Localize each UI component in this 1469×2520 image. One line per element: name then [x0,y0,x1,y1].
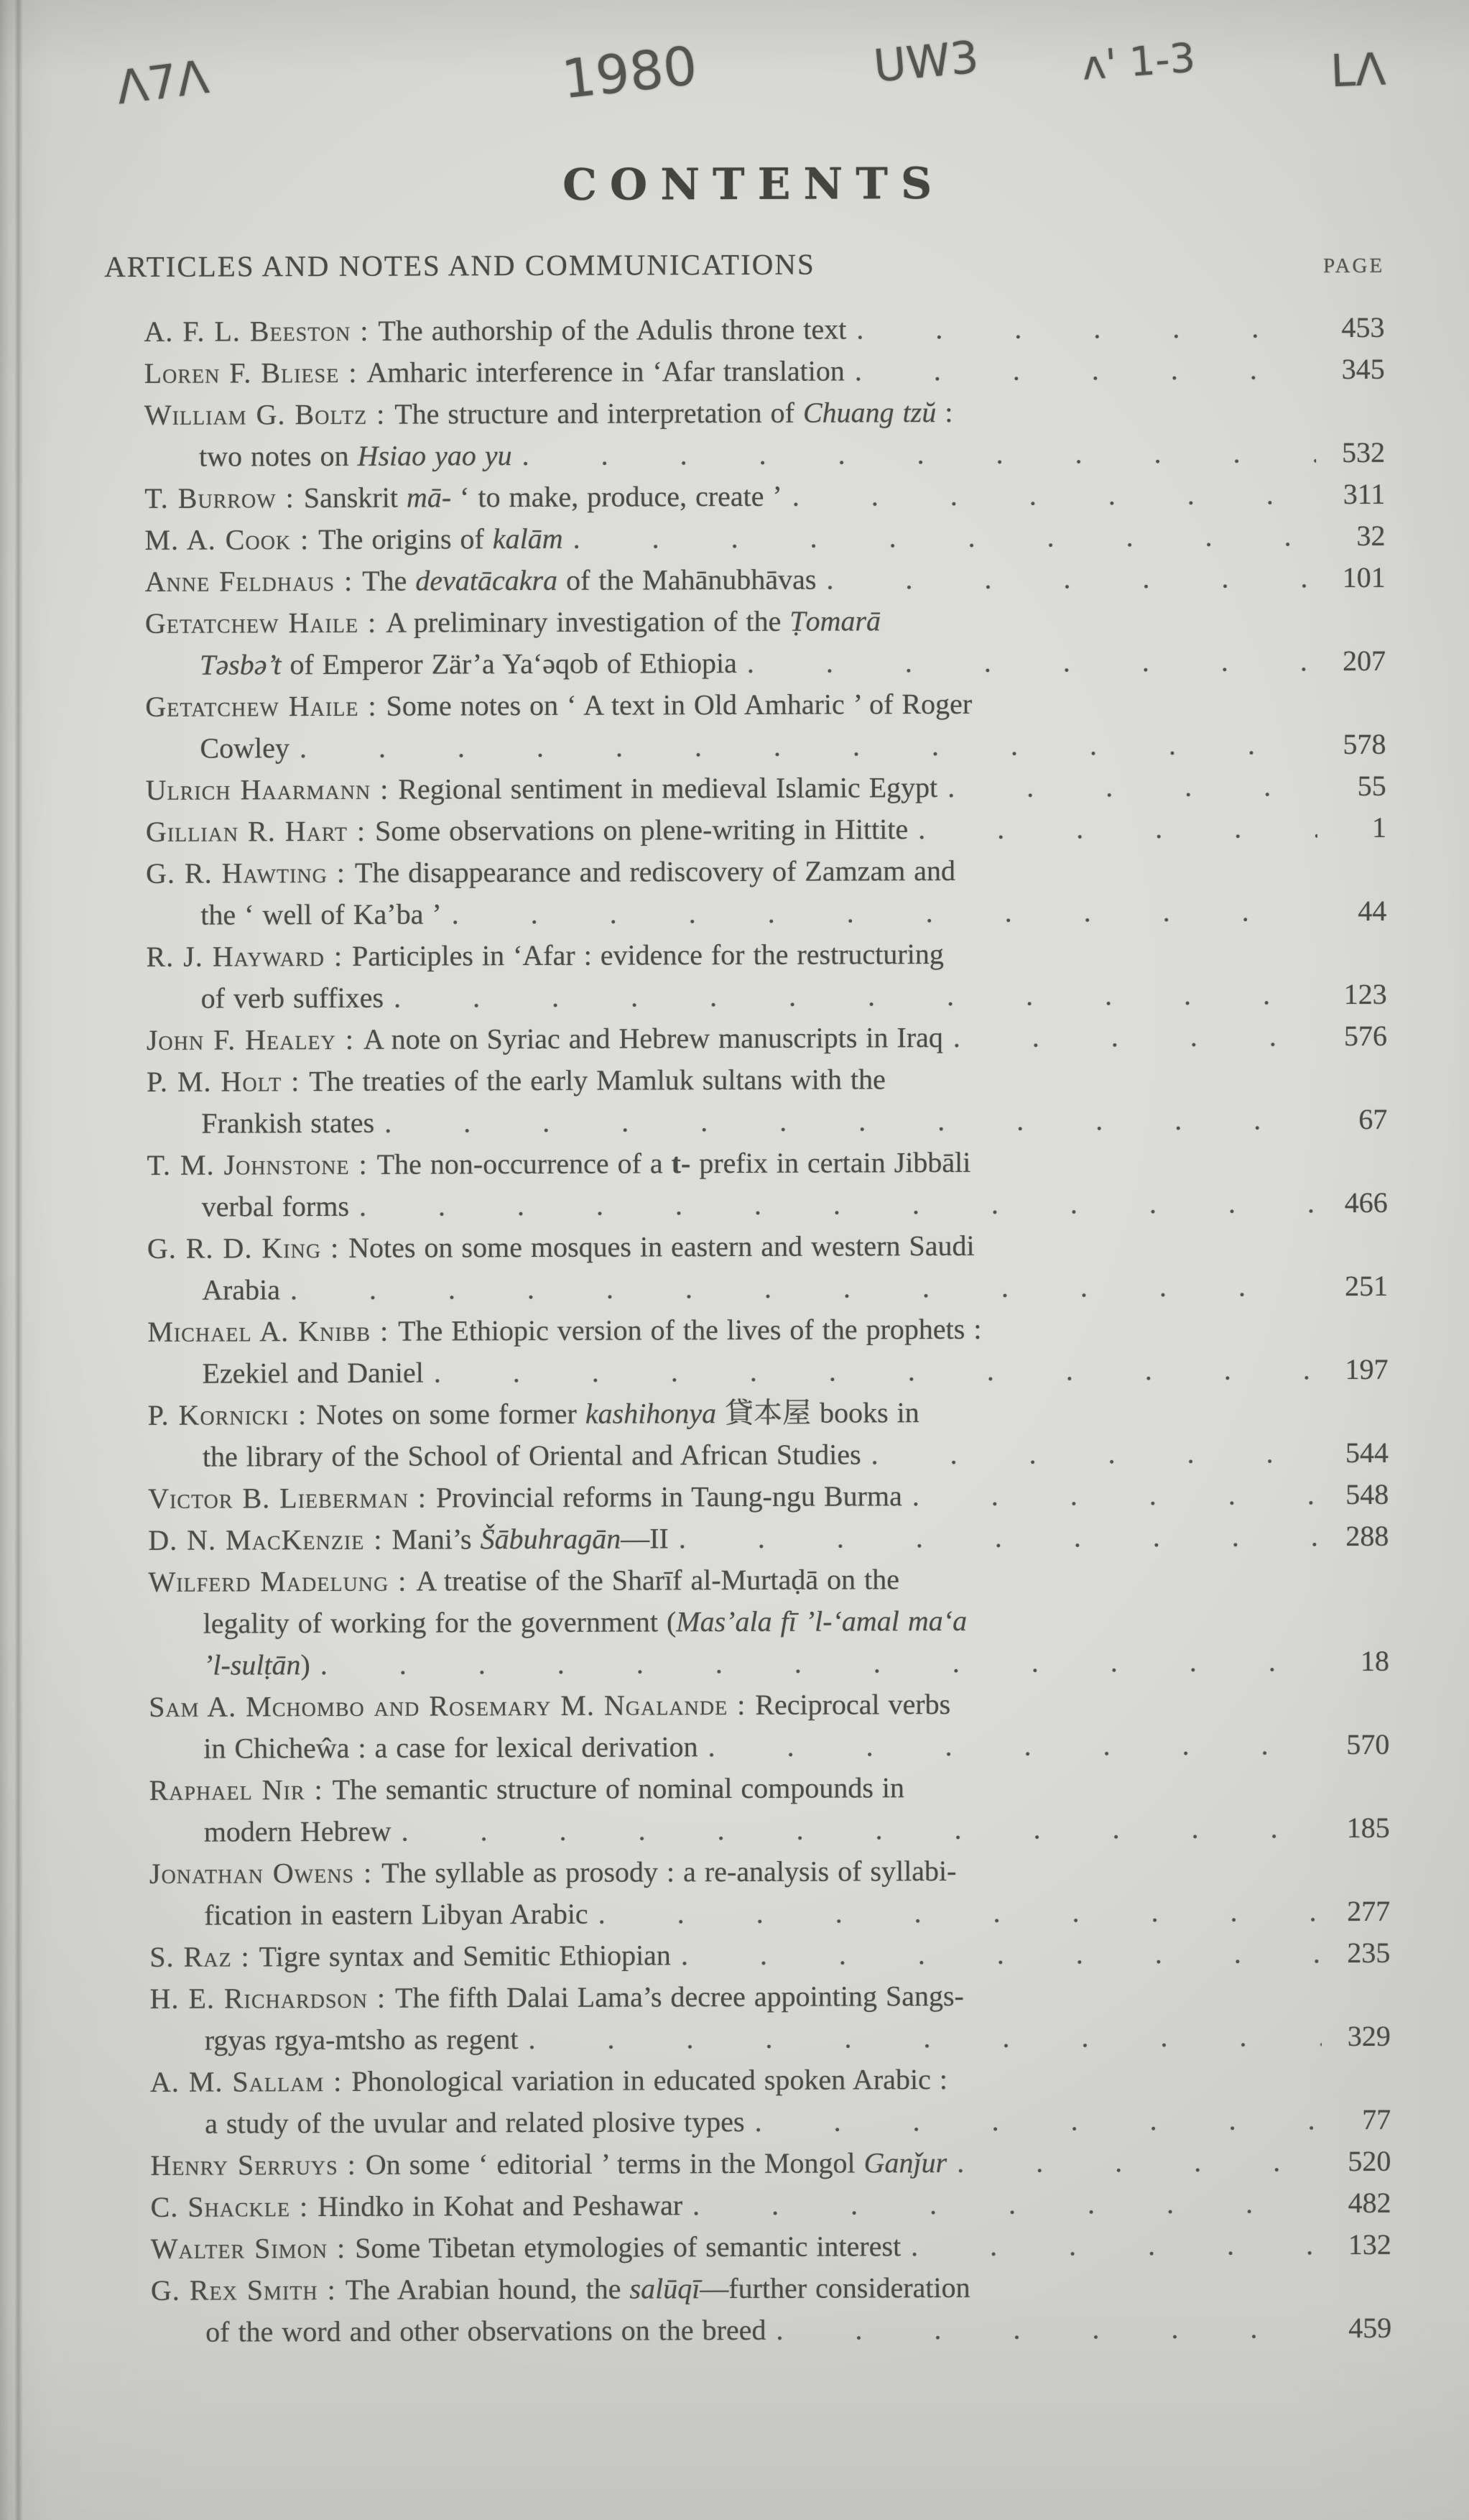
author-title-separator: : [277,477,304,519]
toc-entry-line: P. Kornicki : Notes on some former kashi… [148,1390,1389,1436]
author-title-separator: : [348,811,375,852]
title-text: legality of working for the government ( [203,1601,677,1644]
handwritten-mark: UW3 [871,31,981,93]
title-text: Ezekiel and Daniel [202,1352,423,1395]
title-text: The origins of [318,518,493,560]
toc-entry-line: Getatchew Haile : A preliminary investig… [145,599,1386,645]
entry-author: P. Kornicki [148,1394,289,1436]
toc-entry-line: G. R. Hawting : The disappearance and re… [146,849,1386,895]
dot-leader [845,349,1316,392]
toc-entry-line: Michael A. Knibb : The Ethiopic version … [147,1307,1388,1353]
entry-author: Anne Feldhaus [145,560,335,603]
entry-author: S. Raz [149,1936,231,1977]
title-text: devatācakra [415,560,557,602]
title-text: verbal forms [202,1186,349,1228]
page-column-label: PAGE [1323,254,1384,278]
author-title-separator: : [290,2186,318,2228]
page-content: Λ7Λ1980UW3ʌ' 1-3LΛ CONTENTS ARTICLES AND… [0,0,1469,2520]
title-text: rgyas rgya-mtsho as regent [205,2018,519,2062]
toc-entry: T. M. Johnstone : The non-occurrence of … [147,1140,1387,1228]
toc-entry-line: Anne Feldhaus : The devatācakra of the M… [145,557,1386,603]
toc-entry-line: two notes on Hsiao yao yu532 [144,432,1385,478]
dot-leader [943,1015,1318,1058]
entry-page-number: 345 [1316,349,1385,390]
toc-entry: John F. Healey : A note on Syriac and He… [147,1015,1387,1061]
entry-author: Victor B. Lieberman [148,1477,409,1520]
author-title-separator: : [728,1684,755,1726]
title-text: in Chicheŵa : a case for lexical derivat… [203,1726,698,1769]
entry-author: Ulrich Haarmann [146,769,371,811]
dot-leader [280,1265,1319,1311]
toc-entry: Michael A. Knibb : The Ethiopic version … [147,1307,1388,1395]
entry-page-number: 548 [1320,1474,1389,1515]
title-text: ’l-sulṭān [203,1644,301,1686]
entry-page-number: 77 [1322,2099,1391,2141]
author-title-separator: : [289,1394,316,1436]
dot-leader [588,1891,1322,1935]
dot-leader [518,2016,1322,2060]
entry-page-number: 132 [1322,2224,1391,2266]
author-title-separator: : [351,310,378,352]
entry-page-number: 207 [1317,640,1386,682]
toc-entry-line: Loren F. Bliese : Amharic interference i… [144,349,1385,394]
entry-page-number: 288 [1320,1515,1389,1557]
title-text: kashihonya [585,1393,716,1435]
toc-entry-line: the ‘ well of Ka’ba ’44 [146,890,1386,936]
title-text: The fifth Dalai Lama’s decree appointing… [395,1975,964,2019]
entry-page-number: 101 [1317,557,1386,599]
entry-author: Jonathan Owens [149,1852,354,1895]
toc-entry: Getatchew Haile : Some notes on ‘ A text… [145,682,1386,770]
scanned-page-background: Λ7Λ1980UW3ʌ' 1-3LΛ CONTENTS ARTICLES AND… [0,0,1469,2520]
title-text: The Ethiopic version of the lives of the… [398,1309,981,1352]
dot-leader [698,1724,1320,1768]
title-text: Some observations on plene-writing in Hi… [375,808,908,852]
toc-entry: Ulrich Haarmann : Regional sentiment in … [146,765,1386,811]
entry-author: Sam A. Mchombo and Rosemary M. Ngalande [149,1684,728,1728]
toc-entry-line: of verb suffixes123 [147,974,1387,1020]
title-text: Phonological variation in educated spoke… [351,2059,947,2103]
toc-entry-line: T. M. Johnstone : The non-occurrence of … [147,1140,1387,1186]
dot-leader [782,474,1317,517]
title-text: Arabia [202,1269,280,1311]
title-text: Mas’ala fī ’l-‘amal ma‘a [676,1600,967,1643]
toc-entry-line: verbal forms466 [147,1182,1388,1228]
toc-entry: Victor B. Lieberman : Provincial reforms… [148,1474,1389,1520]
entry-page-number: 311 [1316,474,1385,515]
toc-entry: G. R. D. King : Notes on some mosques in… [147,1224,1388,1311]
dot-leader [901,2224,1322,2267]
title-text: The treaties of the early Mamluk sultans… [309,1058,886,1102]
title-text: modern Hebrew [204,1811,391,1853]
author-title-separator: : [368,1977,395,2019]
title-text: The non-occurrence of a [377,1143,672,1185]
entry-author: Getatchew Haile [145,602,358,645]
dot-leader [669,1515,1320,1559]
entry-page-number: 44 [1317,890,1386,932]
toc-entry-line: William G. Boltz : The structure and int… [144,390,1385,436]
title-text: The disappearance and rediscovery of Zam… [355,850,955,894]
toc-entry-line: A. M. Sallam : Phonological variation in… [150,2057,1391,2103]
entry-author: T. Burrow [144,477,277,520]
toc-entry-line: Wilferd Madelung : A treatise of the Sha… [148,1557,1389,1603]
toc-entry: Wilferd Madelung : A treatise of the Sha… [148,1557,1389,1686]
title-text: the ‘ well of Ka’ba ’ [200,893,442,936]
title-text: of the Mahānubhāvas [557,559,817,601]
toc-entry-line: Ulrich Haarmann : Regional sentiment in … [146,765,1386,811]
toc-entry-line: Gillian R. Hart : Some observations on p… [146,807,1386,853]
title-text: Cowley [200,727,289,769]
dot-leader [349,1182,1319,1227]
title-text: Tigre syntax and Semitic Ethiopian [259,1934,671,1977]
toc-entry-line: Frankish states67 [147,1099,1387,1145]
toc-entry: M. A. Cook : The origins of kalām32 [144,515,1385,561]
entry-page-number: 532 [1316,432,1385,474]
dot-leader [384,974,1318,1019]
entry-page-number: 329 [1322,2016,1391,2057]
toc-entry-line: Victor B. Lieberman : Provincial reforms… [148,1474,1389,1520]
entry-page-number: 32 [1316,515,1385,557]
title-text: A preliminary investigation of the [386,601,789,644]
entry-author: William G. Boltz [144,394,367,436]
toc-entry-line: T. Burrow : Sanskrit mā- ‘ to make, prod… [144,474,1385,520]
toc-entry: A. F. L. Beeston : The authorship of the… [144,307,1384,353]
author-title-separator: : [371,1311,398,1352]
title-text: The authorship of the Adulis throne text [378,308,846,351]
toc-entry: G. R. Hawting : The disappearance and re… [146,849,1386,936]
toc-entry: Gillian R. Hart : Some observations on p… [146,807,1386,853]
title-text: The semantic structure of nominal compou… [333,1767,904,1811]
dot-leader [512,432,1317,476]
entry-author: Gillian R. Hart [146,811,348,853]
handwritten-mark: ʌ' 1-3 [1080,34,1197,89]
entry-author: Getatchew Haile [145,686,358,728]
title-text: ) [300,1644,310,1686]
title-text: fication in eastern Libyan Arabic [204,1893,588,1937]
title-text: ‘ to make, produce, create ’ [451,476,782,519]
author-title-separator: : [336,1019,363,1061]
dot-leader [442,890,1318,935]
toc-entry-line: the library of the School of Oriental an… [148,1432,1389,1478]
dot-leader [937,765,1317,808]
entry-author: P. M. Holt [147,1061,282,1103]
title-text: of the word and other observations on th… [205,2309,766,2353]
dot-leader [563,515,1317,560]
handwritten-mark: LΛ [1330,43,1387,98]
toc-entry: R. J. Hayward : Participles in ‘Afar : e… [146,932,1386,1020]
title-text: Ganǰur [864,2142,947,2184]
title-text: Notes on some former [316,1393,585,1436]
entry-author: Raphael Nir [149,1769,305,1811]
author-title-separator: : [291,519,318,560]
author-title-separator: : [325,936,352,977]
toc-entry-line: Jonathan Owens : The syllable as prosody… [149,1849,1390,1895]
title-text: A note on Syriac and Hebrew manuscripts … [363,1017,943,1061]
toc-entry: P. Kornicki : Notes on some former kashi… [148,1390,1389,1478]
author-title-separator: : [338,2144,366,2186]
entry-page-number: 459 [1322,2307,1391,2349]
title-text: Hindko in Kohat and Peshawar [318,2184,682,2228]
title-text: Sanskrit [304,477,407,519]
toc-entry-line: a study of the uvular and related plosiv… [150,2099,1391,2145]
entry-author: Wilferd Madelung [148,1561,389,1603]
title-text: Participles in ‘Afar : evidence for the … [352,933,944,977]
dot-leader [682,2182,1322,2226]
toc-entry-line: P. M. Holt : The treaties of the early M… [147,1057,1387,1103]
toc-entry: Getatchew Haile : A preliminary investig… [145,599,1386,686]
title-text: : [936,392,953,433]
toc-entry-line: H. E. Richardson : The fifth Dalai Lama’… [149,1974,1390,2020]
entry-author: G. Rex Smith [151,2269,318,2312]
title-text: 貸本屋 books in [716,1392,919,1434]
dot-leader [902,1474,1320,1517]
entry-author: T. M. Johnstone [147,1144,349,1186]
handwritten-mark: Λ7Λ [113,51,212,115]
dot-leader [766,2307,1322,2351]
title-text: —further consideration [700,2267,970,2309]
author-title-separator: : [354,1852,381,1894]
author-title-separator: : [367,394,394,435]
toc-entry: D. N. MacKenzie : Mani’s Šābuhragān—II28… [148,1515,1389,1561]
toc-entry-line: S. Raz : Tigre syntax and Semitic Ethiop… [149,1932,1390,1978]
dot-leader [744,2099,1322,2143]
toc-entry-line: legality of working for the government (… [149,1599,1389,1645]
toc-entry-line: Getatchew Haile : Some notes on ‘ A text… [145,682,1386,728]
toc-entry-line: fication in eastern Libyan Arabic277 [149,1891,1390,1937]
toc-entry-line: M. A. Cook : The origins of kalām32 [144,515,1385,561]
toc-entry: H. E. Richardson : The fifth Dalai Lama’… [149,1974,1390,2062]
author-title-separator: : [318,2269,346,2311]
toc-entry-line: D. N. MacKenzie : Mani’s Šābuhragān—II28… [148,1515,1389,1561]
title-text: of Emperor Zär’a Ya‘əqob of Ethiopia [281,642,737,686]
toc-entry-line: rgyas rgya-mtsho as regent329 [150,2016,1391,2062]
author-title-separator: : [282,1061,309,1102]
author-title-separator: : [321,1227,348,1269]
toc-entry-line: Cowley578 [145,724,1386,770]
title-text: salūqī [629,2268,700,2309]
entry-author: M. A. Cook [144,519,291,561]
toc-entry-line: ’l-sulṭān)18 [149,1640,1389,1686]
entry-author: A. M. Sallam [150,2061,324,2103]
title-text: Frankish states [201,1102,374,1145]
toc-entry-line: Ezekiel and Daniel197 [147,1349,1388,1395]
entry-page-number: 277 [1321,1891,1390,1932]
entry-author: G. R. D. King [147,1227,321,1270]
title-text: Ṭomarā [789,600,881,642]
toc-entry-line: R. J. Hayward : Participles in ‘Afar : e… [146,932,1386,978]
entry-page-number: 197 [1319,1349,1388,1390]
author-title-separator: : [389,1561,416,1602]
contents-title: CONTENTS [19,157,1469,212]
title-text: The syllable as prosody : a re-analysis … [381,1850,956,1894]
entry-page-number: 570 [1320,1724,1389,1766]
dot-leader [947,2141,1322,2184]
toc-entry: William G. Boltz : The structure and int… [144,390,1385,478]
toc-entry: Henry Serruys : On some ‘ editorial ’ te… [150,2141,1391,2187]
title-text: Provincial reforms in Taung-ngu Burma [436,1475,902,1518]
articles-heading: ARTICLES AND NOTES AND COMMUNICATIONS [104,247,815,284]
entry-page-number: 453 [1315,307,1384,349]
author-title-separator: : [409,1477,436,1518]
toc-entry-line: modern Hebrew185 [149,1807,1390,1853]
title-text: Hsiao yao yu [357,435,511,477]
toc-entry: T. Burrow : Sanskrit mā- ‘ to make, prod… [144,474,1385,520]
toc-entry: S. Raz : Tigre syntax and Semitic Ethiop… [149,1932,1390,1978]
toc-entry-line: Arabia251 [147,1265,1388,1311]
title-text: mā- [407,476,451,518]
dot-leader [424,1349,1320,1393]
author-title-separator: : [358,686,386,727]
dot-leader [816,557,1316,600]
entry-page-number: 578 [1317,724,1386,765]
toc-entries: A. F. L. Beeston : The authorship of the… [144,307,1391,2353]
dot-leader [861,1432,1320,1475]
toc-entry-line: John F. Healey : A note on Syriac and He… [147,1015,1387,1061]
entry-page-number: 55 [1317,765,1386,807]
entry-page-number: 235 [1321,1932,1390,1974]
title-text: two notes on [199,435,358,478]
title-text: the library of the School of Oriental an… [203,1434,861,1477]
entry-author: Loren F. Bliese [144,352,340,394]
title-text: Regional sentiment in medieval Islamic E… [398,767,937,811]
toc-entry-line: Henry Serruys : On some ‘ editorial ’ te… [150,2141,1391,2187]
toc-entry-line: Sam A. Mchombo and Rosemary M. Ngalande … [149,1682,1389,1728]
author-title-separator: : [371,769,398,811]
entry-page-number: 123 [1318,974,1387,1015]
title-text: —II [621,1518,669,1559]
dot-leader [391,1807,1320,1852]
author-title-separator: : [328,2228,355,2269]
toc-entry: Anne Feldhaus : The devatācakra of the M… [145,557,1386,603]
title-text: The structure and interpretation of [394,392,803,435]
author-title-separator: : [349,1144,376,1186]
title-text: Notes on some mosques in eastern and wes… [348,1225,975,1269]
title-text: A treatise of the Sharīf al-Murtaḍā on t… [416,1559,899,1602]
title-text: of verb suffixes [201,977,384,1020]
toc-entry-line: Walter Simon : Some Tibetan etymologies … [151,2224,1391,2270]
author-title-separator: : [335,560,362,602]
entry-page-number: 67 [1318,1099,1387,1140]
toc-entry: A. M. Sallam : Phonological variation in… [150,2057,1391,2145]
title-text: On some ‘ editorial ’ terms in the Mongo… [366,2142,864,2185]
dot-leader [846,307,1315,350]
entry-author: H. E. Richardson [149,1977,368,2020]
entry-author: Walter Simon [151,2228,328,2270]
title-text: prefix in certain Jibbāli [690,1142,970,1184]
toc-entry-line: G. Rex Smith : The Arabian hound, the sa… [151,2266,1391,2312]
title-text: Amharic interference in ‘Afar translatio… [366,350,845,393]
toc-entry-line: Raphael Nir : The semantic structure of … [149,1766,1389,1811]
toc-entry: P. M. Holt : The treaties of the early M… [147,1057,1387,1145]
dot-leader [374,1099,1318,1144]
toc-entry-line: of the word and other observations on th… [151,2307,1391,2353]
title-text: Təsbə’t [200,644,282,686]
entry-author: C. Shackle [150,2186,290,2228]
entry-page-number: 544 [1320,1432,1389,1474]
entry-author: Henry Serruys [150,2144,338,2187]
entry-page-number: 18 [1320,1640,1389,1682]
title-text: kalām [493,518,563,560]
entry-page-number: 576 [1318,1015,1387,1057]
toc-entry-line: C. Shackle : Hindko in Kohat and Peshawa… [150,2182,1391,2228]
dot-leader [737,640,1317,684]
dot-leader [310,1640,1320,1686]
toc-entry: Raphael Nir : The semantic structure of … [149,1766,1389,1853]
entry-page-number: 520 [1322,2141,1391,2182]
dot-leader [671,1932,1322,1976]
toc-entry-line: G. R. D. King : Notes on some mosques in… [147,1224,1388,1270]
author-title-separator: : [364,1519,391,1561]
toc-entry: Walter Simon : Some Tibetan etymologies … [151,2224,1391,2270]
title-text: Some notes on ‘ A text in Old Amharic ’ … [386,683,972,727]
title-text: Reciprocal verbs [755,1684,950,1726]
entry-author: Michael A. Knibb [147,1311,371,1353]
author-title-separator: : [328,852,355,894]
toc-entry-line: Təsbə’t of Emperor Zär’a Ya‘əqob of Ethi… [145,640,1386,686]
author-title-separator: : [339,352,366,394]
toc-entry: G. Rex Smith : The Arabian hound, the sa… [151,2266,1391,2353]
toc-entry-line: in Chicheŵa : a case for lexical derivat… [149,1724,1389,1770]
author-title-separator: : [358,602,386,644]
toc-entry: Loren F. Bliese : Amharic interference i… [144,349,1385,394]
title-text: Mani’s [391,1518,480,1560]
entry-page-number: 482 [1322,2182,1391,2224]
section-header: ARTICLES AND NOTES AND COMMUNICATIONS PA… [104,245,1384,284]
toc-entry-line: A. F. L. Beeston : The authorship of the… [144,307,1384,353]
title-text: a study of the uvular and related plosiv… [205,2101,745,2145]
title-text: The Arabian hound, the [346,2269,630,2311]
toc-entry: Jonathan Owens : The syllable as prosody… [149,1849,1390,1937]
author-title-separator: : [232,1936,259,1977]
entry-page-number: 185 [1321,1807,1390,1849]
title-text: t- [672,1143,691,1184]
toc-entry: C. Shackle : Hindko in Kohat and Peshawa… [150,2182,1391,2228]
title-text: Šābuhragān [480,1518,621,1561]
entry-author: D. N. MacKenzie [148,1519,364,1561]
title-text: The [362,560,415,602]
handwritten-mark: 1980 [559,35,700,111]
author-title-separator: : [324,2061,351,2103]
entry-page-number: 466 [1319,1182,1388,1224]
title-text: Chuang tzŭ [803,392,937,434]
author-title-separator: : [305,1769,332,1811]
entry-author: John F. Healey [147,1019,336,1061]
entry-page-number: 1 [1317,807,1386,849]
entry-author: R. J. Hayward [146,936,325,978]
entry-author: G. R. Hawting [146,852,328,895]
entry-author: A. F. L. Beeston [144,310,351,353]
title-text: Some Tibetan etymologies of semantic int… [355,2225,901,2269]
dot-leader [908,807,1317,850]
dot-leader [289,724,1317,769]
entry-page-number: 251 [1319,1265,1388,1307]
toc-entry: Sam A. Mchombo and Rosemary M. Ngalande … [149,1682,1389,1770]
